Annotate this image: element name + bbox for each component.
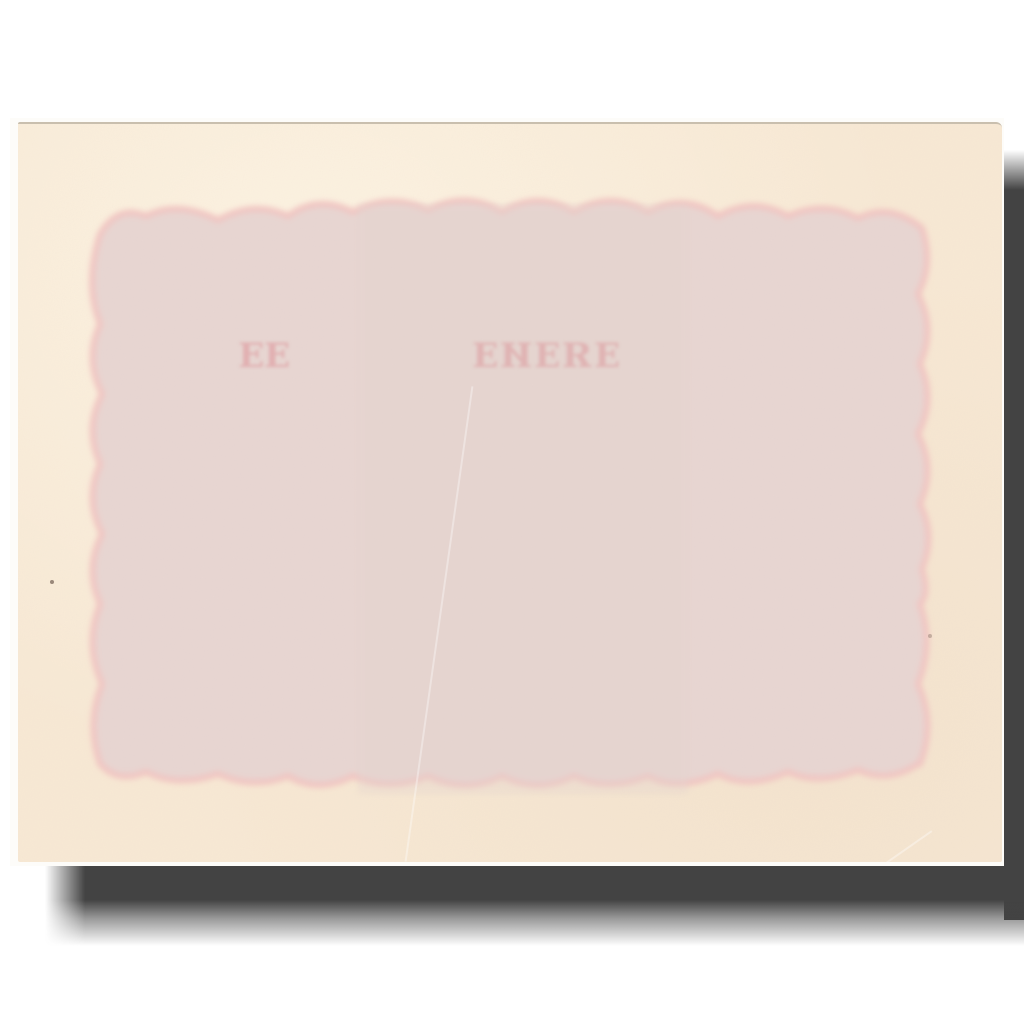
ink-speck — [928, 634, 932, 638]
mirrored-mark: ƎƎ — [230, 336, 290, 376]
mirrored-lettering: ƎЯƎИƎ — [320, 336, 620, 376]
drop-shadow-bottom — [45, 866, 1024, 946]
guilloche-pattern — [18, 124, 1002, 862]
drop-shadow-right — [1004, 150, 1024, 920]
banknote: ƎƎ ƎЯƎИƎ — [18, 122, 1002, 862]
ink-speck — [50, 580, 54, 584]
